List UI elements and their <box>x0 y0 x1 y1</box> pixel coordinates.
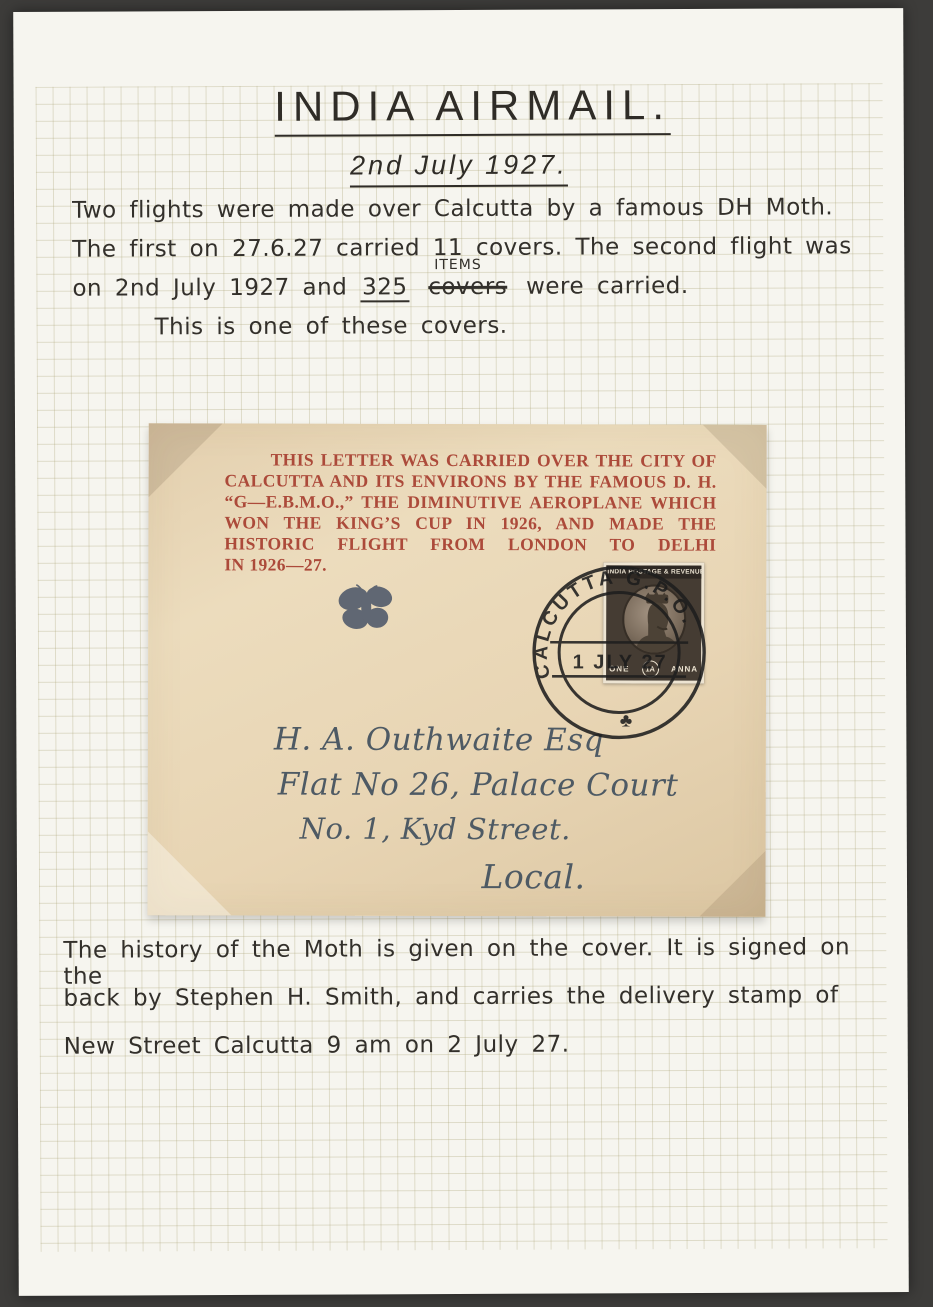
intro-line-3-end: were carried. <box>526 273 689 300</box>
cachet-line: “G—E.B.M.O.,” THE DIMINUTIVE AEROPLANE W… <box>224 491 716 513</box>
cachet-line: WON THE KING’S CUP IN 1926, AND MADE THE <box>224 512 716 534</box>
underlined-number: 325 <box>360 274 410 302</box>
closing-line-2: back by Stephen H. Smith, and carries th… <box>63 982 893 1034</box>
album-page: INDIA AIRMAIL. 2nd July 1927. Two flight… <box>13 8 909 1296</box>
cachet-line: THIS LETTER WAS CARRIED OVER THE CITY OF <box>225 449 717 471</box>
ink-butterfly-mark-icon <box>334 584 402 638</box>
envelope-cover: THIS LETTER WAS CARRIED OVER THE CITY OF… <box>147 423 766 917</box>
closing-line-1: The history of the Moth is given on the … <box>63 934 893 986</box>
corrected-word: ITEMS covers <box>428 274 507 300</box>
king-george-portrait-icon <box>622 584 686 654</box>
page-subtitle: 2nd July 1927. <box>14 148 904 183</box>
postage-stamp: INDIA POSTAGE & REVENUE ONE 1A ANNA <box>603 562 704 683</box>
stamp-value-numeral: 1A <box>642 661 659 678</box>
stamp-inscription: INDIA POSTAGE & REVENUE <box>606 565 701 578</box>
closing-line-3: New Street Calcutta 9 am on 2 July 27. <box>64 1030 894 1082</box>
struck-word: covers <box>428 274 507 300</box>
address-line-4: Local. <box>273 857 678 903</box>
stamp-value-band: ONE 1A ANNA <box>606 660 701 680</box>
intro-line-1: Two flights were made over Calcutta by a… <box>72 194 872 236</box>
address-line-1: H. A. Outhwaite Esq <box>274 722 679 768</box>
stamp-vignette <box>606 578 701 660</box>
mount-corner-top-left <box>149 423 223 497</box>
handwritten-address: H. A. Outhwaite Esq Flat No 26, Palace C… <box>273 722 678 903</box>
address-line-3: No. 1, Kyd Street. <box>274 812 679 858</box>
cachet-line: CALCUTTA AND ITS ENVIRONS BY THE FAMOUS … <box>225 470 717 492</box>
intro-line-4: This is one of these covers. <box>73 311 873 353</box>
address-line-2: Flat No 26, Palace Court <box>274 767 679 813</box>
intro-line-3: on 2nd July 1927 and 325 ITEMS covers we… <box>72 272 872 314</box>
cachet-line: HISTORIC FLIGHT FROM LONDON TO DELHI <box>224 533 716 555</box>
mount-corner-bottom-right <box>699 851 765 917</box>
intro-paragraph: Two flights were made over Calcutta by a… <box>72 194 873 353</box>
stamp-value-right: ANNA <box>671 665 698 674</box>
printed-cachet-text: THIS LETTER WAS CARRIED OVER THE CITY OF… <box>224 449 716 576</box>
inserted-correction: ITEMS <box>434 257 482 273</box>
stamp-value-left: ONE <box>609 664 629 673</box>
mount-corner-bottom-left <box>147 831 231 915</box>
intro-line-3-text: on 2nd July 1927 and <box>72 274 347 301</box>
closing-paragraph: The history of the Moth is given on the … <box>63 934 894 1082</box>
page-title: INDIA AIRMAIL. <box>28 80 918 132</box>
